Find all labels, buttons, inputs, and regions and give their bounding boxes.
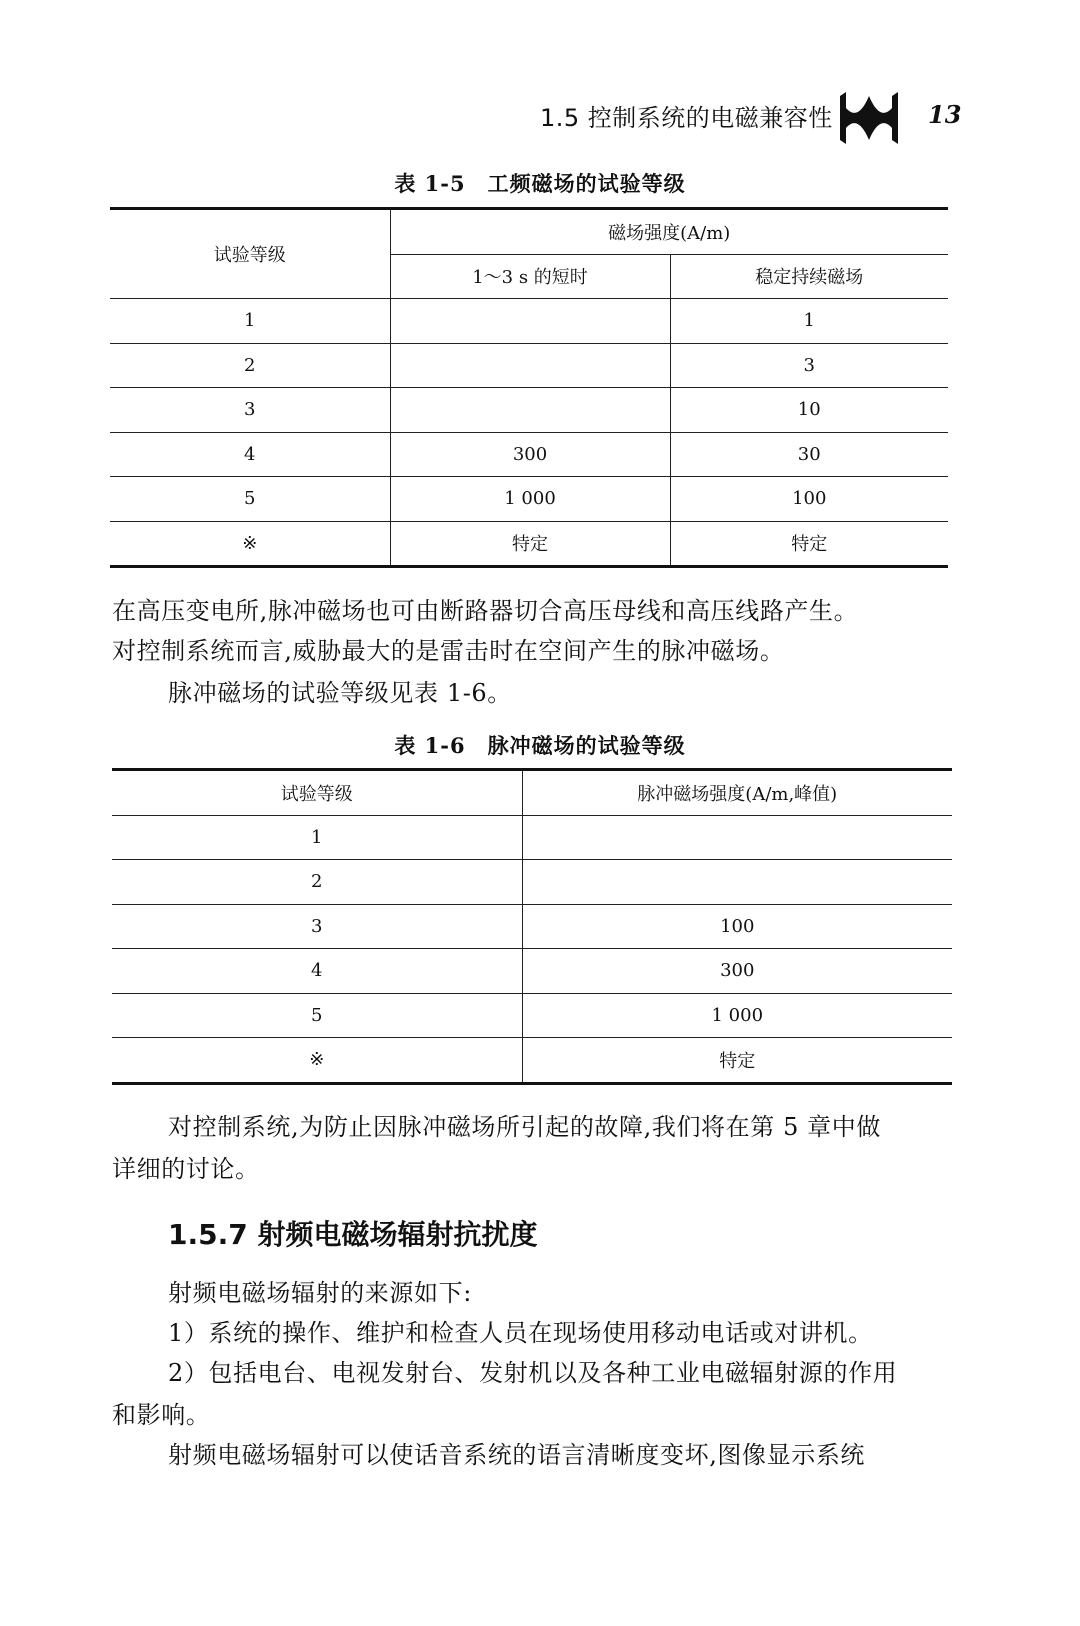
cell-level: 5 [110, 477, 390, 522]
paragraph-line: 射频电磁场辐射的来源如下: [168, 1274, 472, 1312]
paragraph-line: 详细的讨论。 [112, 1150, 260, 1188]
cell-value: 1 000 [522, 993, 952, 1038]
table-row: ※ 特定 特定 [110, 521, 948, 567]
cell-steady: 10 [670, 388, 948, 433]
table-row: 3 100 [112, 904, 952, 949]
cell-level: ※ [110, 521, 390, 567]
cell-steady: 100 [670, 477, 948, 522]
cell-value [522, 815, 952, 860]
cell-steady: 30 [670, 432, 948, 477]
list-item: 1）系统的操作、维护和检查人员在现场使用移动电话或对讲机。 [168, 1314, 873, 1352]
cell-value: 特定 [522, 1038, 952, 1084]
waveform-logo-icon [838, 88, 900, 148]
table-1-6-caption: 表 1-6 脉冲磁场的试验等级 [0, 730, 1080, 760]
cell-short [390, 299, 670, 344]
cell-short [390, 343, 670, 388]
cell-level: 1 [110, 299, 390, 344]
table-row: 5 1 000 100 [110, 477, 948, 522]
table-row: 4 300 [112, 949, 952, 994]
header-pulse-field-strength: 脉冲磁场强度(A/m,峰值) [522, 770, 952, 816]
header-steady-field: 稳定持续磁场 [670, 254, 948, 299]
cell-short: 300 [390, 432, 670, 477]
header-test-level: 试验等级 [110, 209, 390, 299]
paragraph-line: 脉冲磁场的试验等级见表 1-6。 [168, 674, 512, 712]
cell-level: 2 [110, 343, 390, 388]
table-row: 2 3 [110, 343, 948, 388]
paragraph-line: 对控制系统而言,威胁最大的是雷击时在空间产生的脉冲磁场。 [112, 632, 784, 670]
list-item: 2）包括电台、电视发射台、发射机以及各种工业电磁辐射源的作用 [168, 1354, 897, 1392]
table-row: 3 10 [110, 388, 948, 433]
cell-steady: 3 [670, 343, 948, 388]
cell-value: 300 [522, 949, 952, 994]
table-1-5: 试验等级 磁场强度(A/m) 1～3 s 的短时 稳定持续磁场 1 1 2 3 … [110, 207, 948, 568]
cell-value [522, 860, 952, 905]
header-short-duration: 1～3 s 的短时 [390, 254, 670, 299]
section-heading: 1.5.7 射频电磁场辐射抗扰度 [168, 1213, 537, 1253]
cell-value: 100 [522, 904, 952, 949]
running-header-title: 1.5 控制系统的电磁兼容性 [540, 98, 833, 133]
cell-level: 1 [112, 815, 522, 860]
cell-level: 2 [112, 860, 522, 905]
paragraph-line: 在高压变电所,脉冲磁场也可由断路器切合高压母线和高压线路产生。 [112, 592, 858, 630]
cell-level: 3 [112, 904, 522, 949]
table-1-6: 试验等级 脉冲磁场强度(A/m,峰值) 1 2 3 100 4 300 5 1 … [112, 768, 952, 1085]
cell-short [390, 388, 670, 433]
cell-steady: 特定 [670, 521, 948, 567]
cell-short: 特定 [390, 521, 670, 567]
table-row: 2 [112, 860, 952, 905]
cell-level: 5 [112, 993, 522, 1038]
paragraph-line: 射频电磁场辐射可以使话音系统的语言清晰度变坏,图像显示系统 [168, 1436, 865, 1474]
table-row: 4 300 30 [110, 432, 948, 477]
table-row: ※ 特定 [112, 1038, 952, 1084]
page-number: 13 [928, 100, 961, 129]
cell-level: 3 [110, 388, 390, 433]
cell-level: 4 [112, 949, 522, 994]
cell-level: 4 [110, 432, 390, 477]
table-1-5-caption: 表 1-5 工频磁场的试验等级 [0, 168, 1080, 198]
header-test-level: 试验等级 [112, 770, 522, 816]
header-field-strength: 磁场强度(A/m) [390, 209, 948, 255]
cell-short: 1 000 [390, 477, 670, 522]
list-item: 和影响。 [112, 1396, 210, 1434]
table-row: 5 1 000 [112, 993, 952, 1038]
cell-steady: 1 [670, 299, 948, 344]
table-row: 1 1 [110, 299, 948, 344]
cell-level: ※ [112, 1038, 522, 1084]
paragraph-line: 对控制系统,为防止因脉冲磁场所引起的故障,我们将在第 5 章中做 [168, 1108, 881, 1146]
table-row: 1 [112, 815, 952, 860]
